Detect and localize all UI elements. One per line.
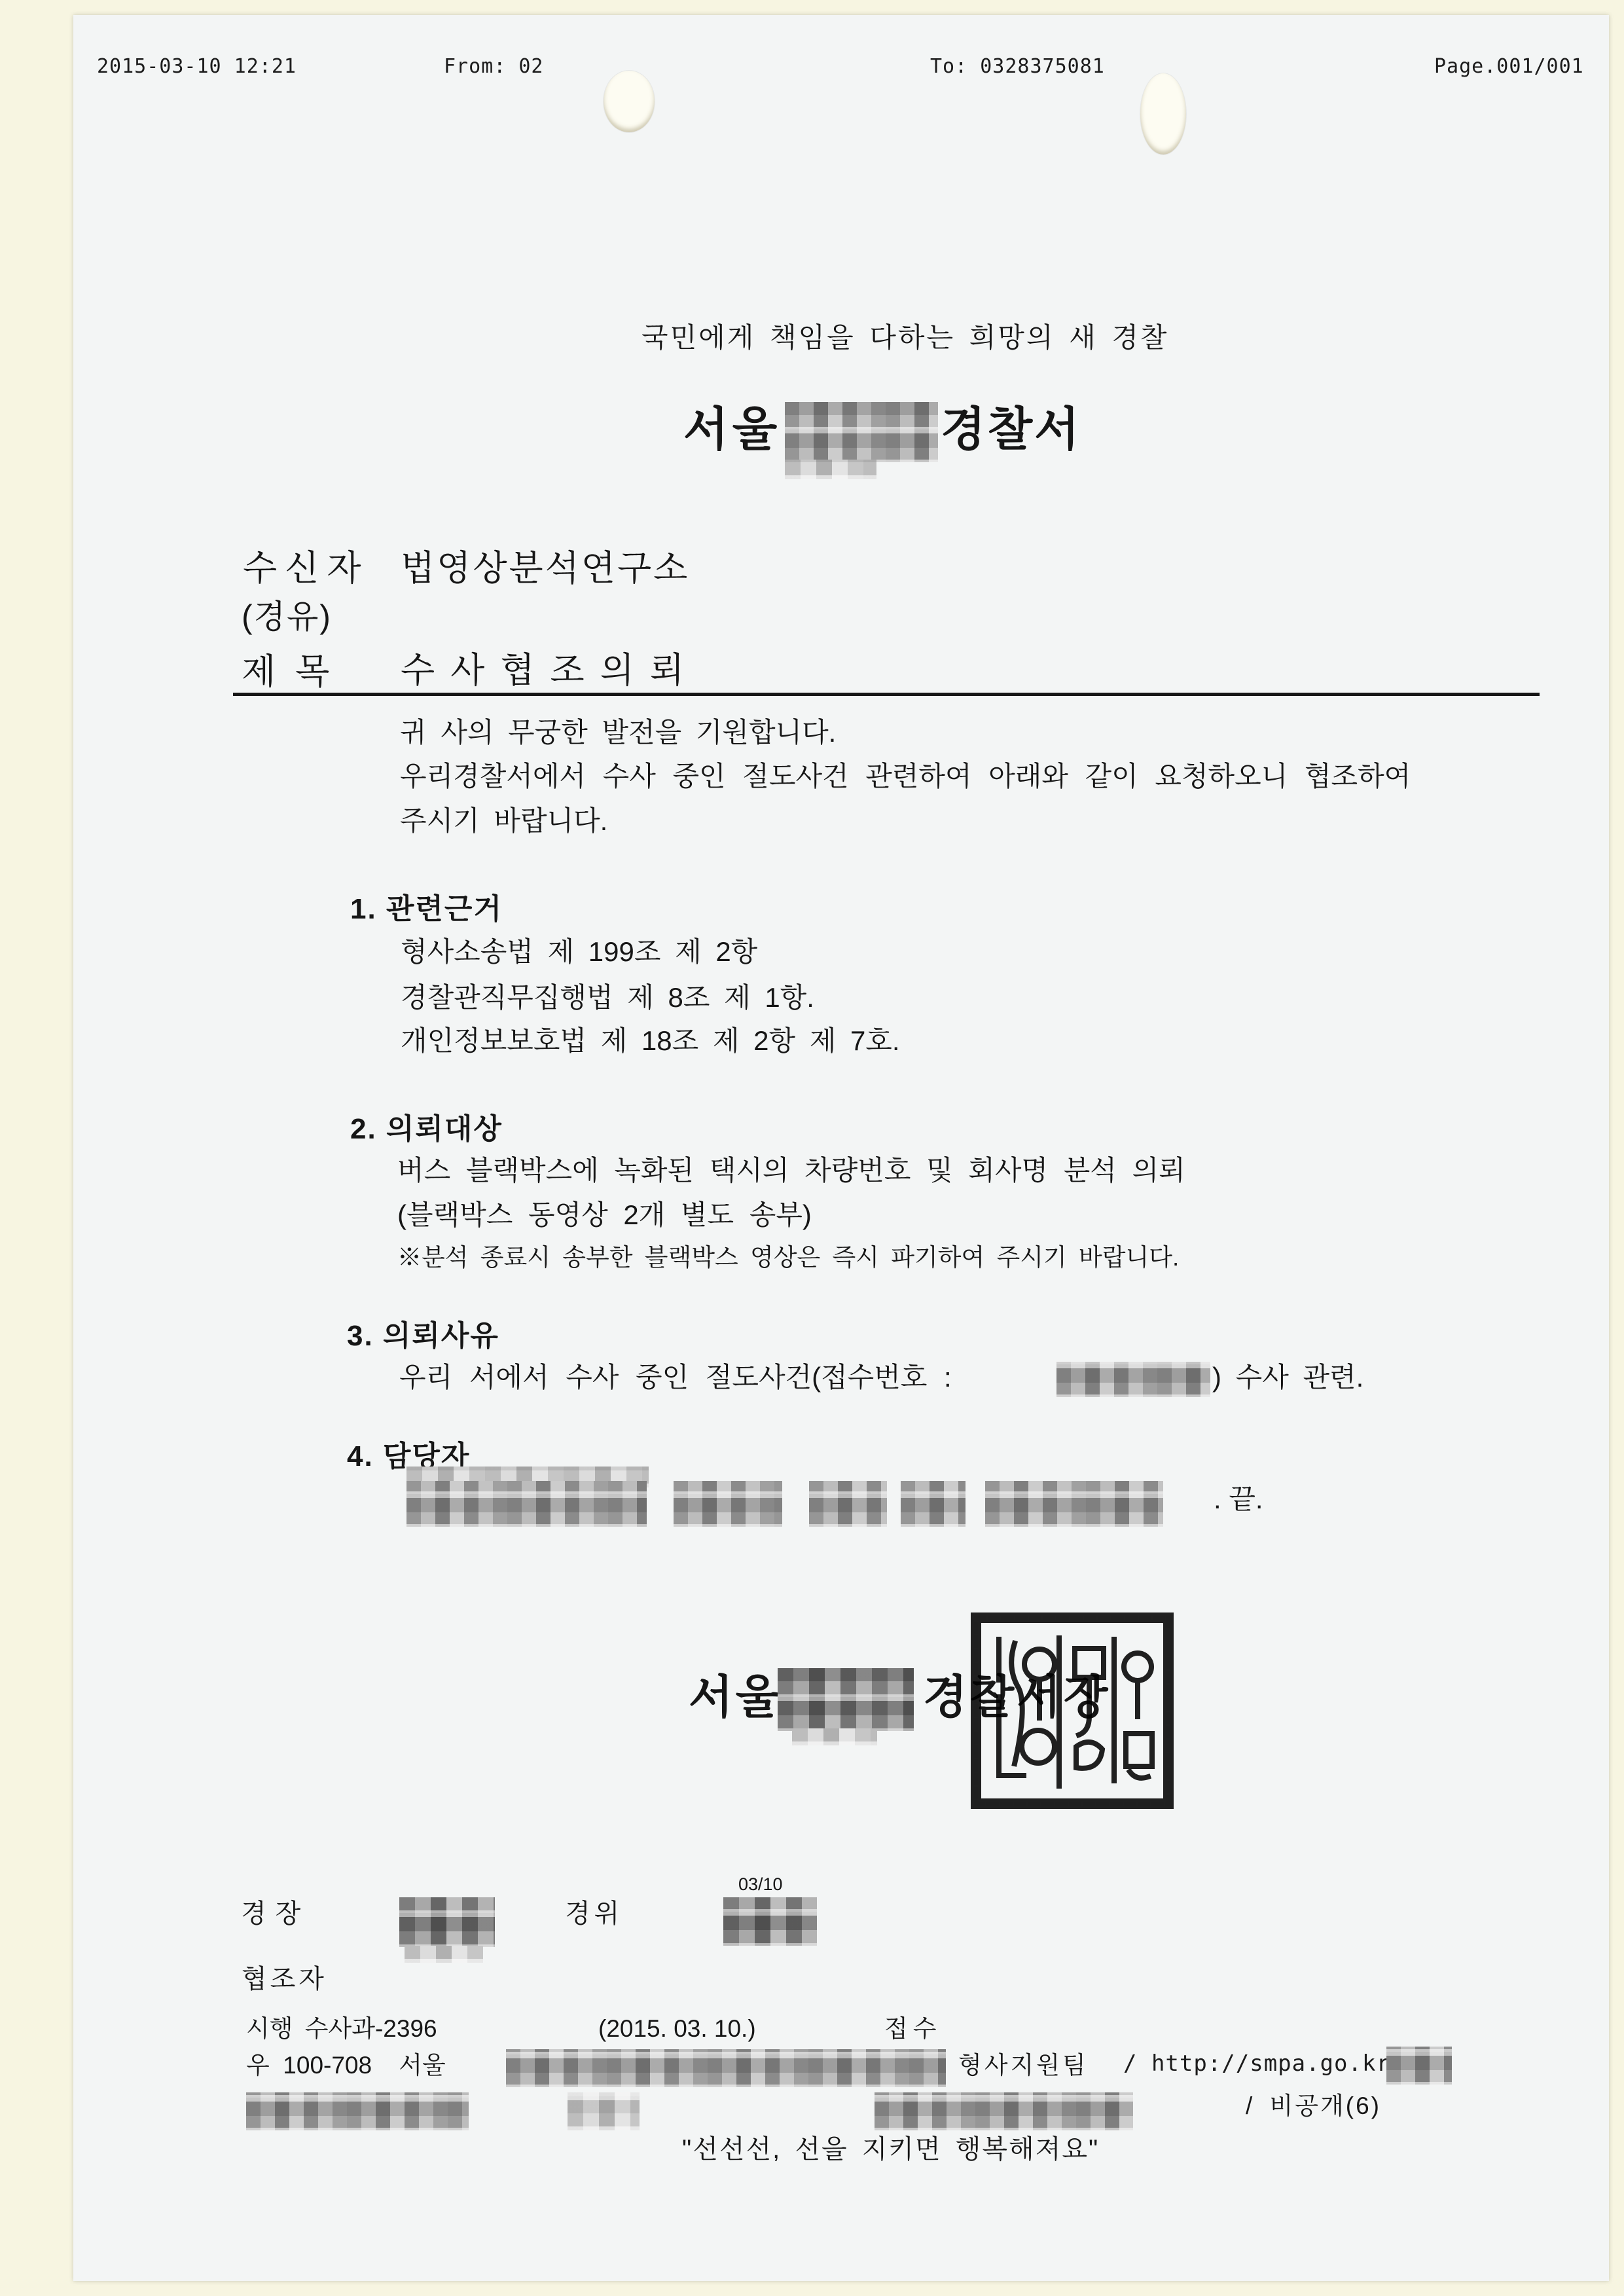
- rank-label-1: 경장: [241, 1900, 310, 1927]
- subject-label: 제 목: [242, 653, 329, 691]
- contact-redaction-2: [674, 1481, 782, 1527]
- section-4-end-mark: . 끝.: [1214, 1485, 1263, 1514]
- contact-redaction-5: [985, 1481, 1163, 1527]
- footer-redaction-c: [875, 2092, 1133, 2130]
- signature-prefix: 서울: [689, 1673, 782, 1722]
- section-2-note: ※분석 종료시 송부한 블랙박스 영상은 즉시 파기하여 주시기 바랍니다.: [397, 1245, 1179, 1271]
- officer-name-redaction-1-tail: [405, 1946, 483, 1963]
- recipient-value: 법영상분석연구소: [401, 550, 689, 587]
- contact-redaction-3: [809, 1481, 887, 1527]
- footer-redaction-b: [568, 2092, 640, 2130]
- section-1-heading: 1. 관련근거: [350, 894, 503, 924]
- contact-redaction-1: [406, 1481, 647, 1527]
- title-redaction: [785, 402, 938, 462]
- subject-value: 수사협조의뢰: [401, 652, 700, 689]
- section-1-line-1: 형사소송법 제 199조 제 2항: [401, 938, 757, 966]
- execution-date: (2015. 03. 10.): [598, 2016, 756, 2042]
- approval-date: 03/10: [738, 1875, 783, 1893]
- section-3-prefix: 우리 서에서 수사 중인 절도사건(접수번호 :: [399, 1363, 952, 1392]
- section-1-line-3: 개인정보보호법 제 18조 제 2항 제 7호.: [401, 1027, 900, 1055]
- footer-slogan: "선선선, 선을 지키면 행복해져요": [682, 2136, 1099, 2163]
- section-2-line-2: (블랙박스 동영상 2개 별도 송부): [397, 1201, 812, 1230]
- case-number-redaction: [1056, 1362, 1210, 1397]
- body-line-3: 주시기 바랍니다.: [400, 807, 607, 835]
- fax-page-count: Page.001/001: [1434, 55, 1584, 78]
- url-redaction: [1386, 2047, 1452, 2085]
- section-2-heading: 2. 의뢰대상: [350, 1114, 503, 1144]
- disclosure-label: / 비공개(6): [1246, 2094, 1381, 2119]
- letterhead-title-prefix: 서울: [683, 406, 781, 455]
- fax-datetime: 2015-03-10 12:21: [97, 55, 297, 78]
- section-3-suffix: ) 수사 관련.: [1212, 1363, 1363, 1392]
- title-redaction-tail: [785, 460, 876, 479]
- letterhead-title-suffix: 경찰서: [941, 406, 1081, 455]
- rank-label-2: 경위: [565, 1900, 623, 1927]
- fax-scan: 2015-03-10 12:21 From: 02 To: 0328375081…: [0, 0, 1624, 2296]
- officer-name-redaction-2: [723, 1897, 817, 1946]
- team-name: 형사지원팀: [958, 2053, 1089, 2079]
- contact-redaction-4: [901, 1481, 965, 1527]
- address-redaction: [506, 2049, 946, 2087]
- receipt-label: 접수: [884, 2016, 941, 2042]
- body-line-2: 우리경찰서에서 수사 중인 절도사건 관련하여 아래와 같이 요청하오니 협조하…: [400, 762, 1411, 791]
- website-url: / http://smpa.go.kr: [1123, 2050, 1390, 2077]
- postal-address: 우 100-708 서울: [246, 2053, 446, 2079]
- official-seal-stamp: [969, 1611, 1176, 1811]
- officer-name-redaction-1: [399, 1897, 495, 1947]
- signature-redaction-tail: [792, 1728, 877, 1745]
- subject-underline: [233, 693, 1540, 696]
- letterhead-slogan: 국민에게 책임을 다하는 희망의 새 경찰: [641, 323, 1169, 352]
- hole-punch-right: [1140, 73, 1186, 155]
- body-line-1: 귀 사의 무궁한 발전을 기원합니다.: [400, 718, 836, 747]
- cooperator-label: 협조자: [242, 1965, 327, 1993]
- fax-from: From: 02: [444, 55, 544, 78]
- section-2-line-1: 버스 블랙박스에 녹화된 택시의 차량번호 및 회사명 분석 의뢰: [397, 1156, 1185, 1185]
- hole-punch-left: [604, 71, 655, 132]
- execution-number: 시행 수사과-2396: [246, 2016, 437, 2042]
- footer-redaction-a: [246, 2092, 469, 2130]
- via-label: (경유): [242, 600, 332, 634]
- fax-to: To: 0328375081: [930, 55, 1105, 78]
- signature-redaction: [778, 1668, 914, 1731]
- document-page: [73, 15, 1609, 2281]
- section-3-heading: 3. 의뢰사유: [347, 1321, 499, 1351]
- recipient-label: 수신자: [243, 550, 369, 587]
- section-1-line-2: 경찰관직무집행법 제 8조 제 1항.: [401, 983, 814, 1012]
